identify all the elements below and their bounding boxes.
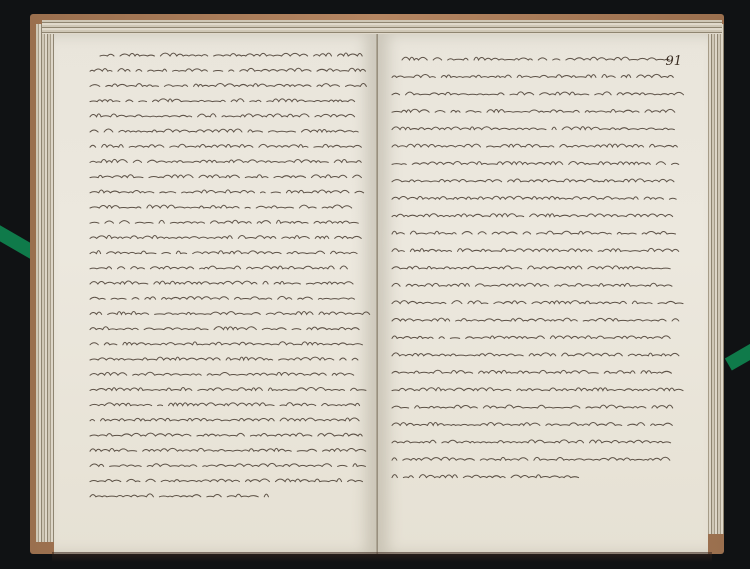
left-page	[54, 34, 376, 554]
right-page-edges	[706, 24, 724, 534]
bottom-edge-shadow	[52, 552, 712, 562]
manuscript-book: 91	[22, 12, 727, 560]
green-band-right	[725, 333, 750, 370]
top-page-edges	[42, 20, 722, 34]
page-number: 91	[665, 54, 682, 69]
right-page: 91	[378, 34, 708, 554]
right-page-handwriting	[378, 34, 708, 554]
left-page-handwriting	[54, 34, 376, 554]
